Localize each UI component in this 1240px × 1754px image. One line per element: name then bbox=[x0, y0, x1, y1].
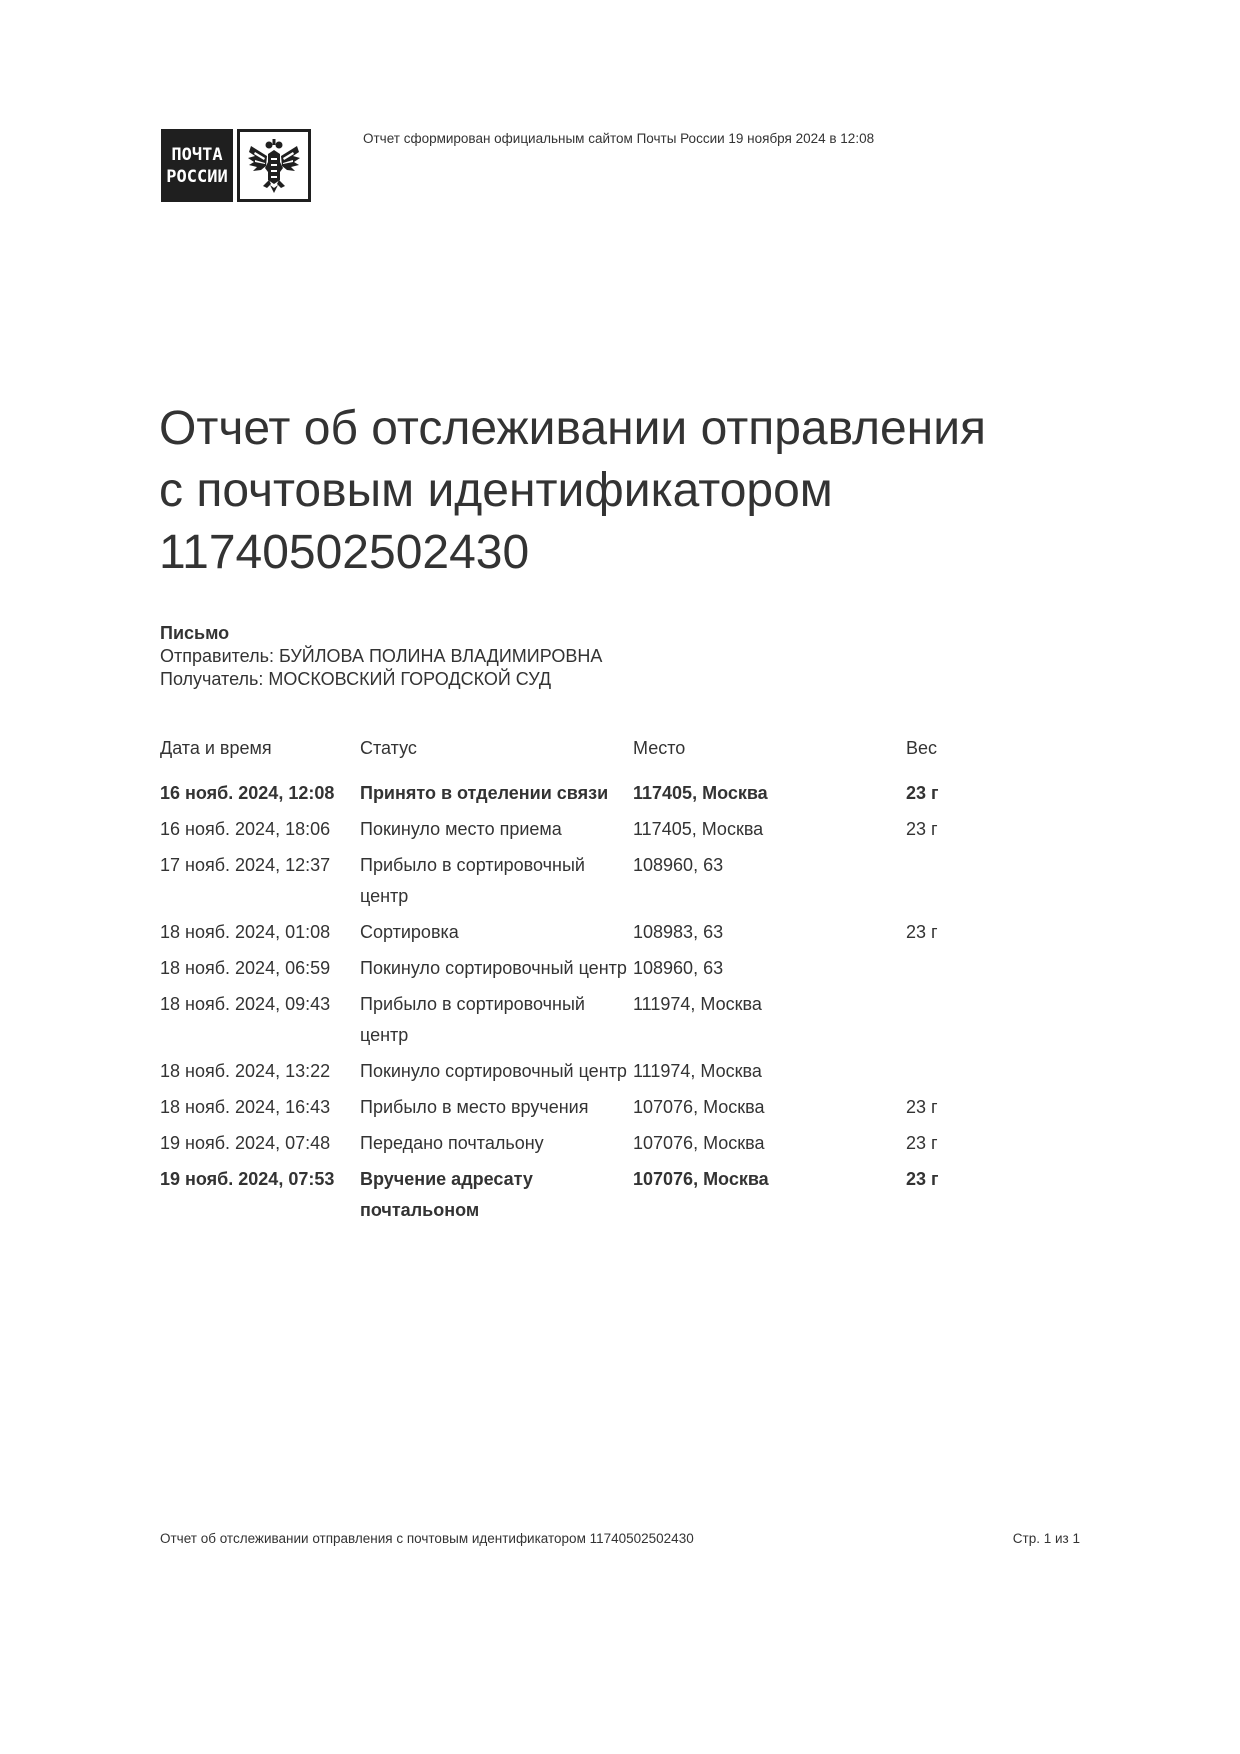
cell-status: Вручение адресату почтальоном bbox=[360, 1164, 633, 1231]
cell-weight bbox=[906, 953, 986, 989]
column-header-date: Дата и время bbox=[160, 733, 360, 778]
cell-place: 107076, Москва bbox=[633, 1164, 906, 1231]
cell-status: Принято в отделении связи bbox=[360, 778, 633, 814]
cell-date: 18 нояб. 2024, 16:43 bbox=[160, 1092, 360, 1128]
report-generated-note: Отчет сформирован официальным сайтом Поч… bbox=[363, 131, 874, 146]
cell-weight: 23 г bbox=[906, 1128, 986, 1164]
russian-post-logo: ПОЧТА РОССИИ bbox=[161, 129, 311, 202]
cell-date: 18 нояб. 2024, 13:22 bbox=[160, 1056, 360, 1092]
shipment-info: Письмо Отправитель: БУЙЛОВА ПОЛИНА ВЛАДИ… bbox=[160, 622, 602, 691]
logo-line-2: РОССИИ bbox=[166, 166, 227, 188]
logo-wordmark: ПОЧТА РОССИИ bbox=[161, 129, 233, 202]
column-header-place: Место bbox=[633, 733, 906, 778]
table-header-row: Дата и время Статус Место Вес bbox=[160, 733, 986, 778]
table-body: 16 нояб. 2024, 12:08Принято в отделении … bbox=[160, 778, 986, 1231]
logo-line-1: ПОЧТА bbox=[171, 144, 222, 166]
cell-status: Передано почтальону bbox=[360, 1128, 633, 1164]
cell-weight: 23 г bbox=[906, 917, 986, 953]
cell-status: Прибыло в сортировочный центр bbox=[360, 850, 633, 917]
cell-weight: 23 г bbox=[906, 1092, 986, 1128]
cell-date: 18 нояб. 2024, 06:59 bbox=[160, 953, 360, 989]
table-row: 18 нояб. 2024, 09:43Прибыло в сортировоч… bbox=[160, 989, 986, 1056]
cell-weight bbox=[906, 850, 986, 917]
table-row: 17 нояб. 2024, 12:37Прибыло в сортировоч… bbox=[160, 850, 986, 917]
cell-place: 111974, Москва bbox=[633, 989, 906, 1056]
tracking-events-table: Дата и время Статус Место Вес 16 нояб. 2… bbox=[160, 733, 986, 1231]
table-row: 19 нояб. 2024, 07:53Вручение адресату по… bbox=[160, 1164, 986, 1231]
tracking-number: 11740502502430 bbox=[159, 522, 1059, 584]
cell-status: Сортировка bbox=[360, 917, 633, 953]
table-row: 18 нояб. 2024, 06:59Покинуло сортировочн… bbox=[160, 953, 986, 989]
cell-status: Прибыло в сортировочный центр bbox=[360, 989, 633, 1056]
cell-status: Покинуло место приема bbox=[360, 814, 633, 850]
cell-place: 107076, Москва bbox=[633, 1128, 906, 1164]
cell-status: Покинуло сортировочный центр bbox=[360, 953, 633, 989]
table-row: 18 нояб. 2024, 01:08Сортировка108983, 63… bbox=[160, 917, 986, 953]
cell-date: 19 нояб. 2024, 07:48 bbox=[160, 1128, 360, 1164]
page-title: Отчет об отслеживании отправления с почт… bbox=[159, 398, 1059, 584]
cell-place: 111974, Москва bbox=[633, 1056, 906, 1092]
footer-page-number: Стр. 1 из 1 bbox=[1013, 1531, 1080, 1546]
table-row: 16 нояб. 2024, 12:08Принято в отделении … bbox=[160, 778, 986, 814]
title-line-2: с почтовым идентификатором bbox=[159, 460, 1059, 522]
cell-place: 117405, Москва bbox=[633, 778, 906, 814]
cell-weight bbox=[906, 989, 986, 1056]
cell-date: 16 нояб. 2024, 18:06 bbox=[160, 814, 360, 850]
cell-date: 18 нояб. 2024, 01:08 bbox=[160, 917, 360, 953]
cell-place: 108983, 63 bbox=[633, 917, 906, 953]
column-header-weight: Вес bbox=[906, 733, 986, 778]
table-row: 19 нояб. 2024, 07:48Передано почтальону1… bbox=[160, 1128, 986, 1164]
cell-weight: 23 г bbox=[906, 778, 986, 814]
cell-place: 108960, 63 bbox=[633, 953, 906, 989]
title-line-1: Отчет об отслеживании отправления bbox=[159, 398, 1059, 460]
cell-date: 19 нояб. 2024, 07:53 bbox=[160, 1164, 360, 1231]
cell-status: Прибыло в место вручения bbox=[360, 1092, 633, 1128]
table-row: 18 нояб. 2024, 16:43Прибыло в место вруч… bbox=[160, 1092, 986, 1128]
cell-weight: 23 г bbox=[906, 814, 986, 850]
cell-place: 108960, 63 bbox=[633, 850, 906, 917]
table-row: 16 нояб. 2024, 18:06Покинуло место прием… bbox=[160, 814, 986, 850]
cell-weight bbox=[906, 1056, 986, 1092]
cell-weight: 23 г bbox=[906, 1164, 986, 1231]
recipient: Получатель: МОСКОВСКИЙ ГОРОДСКОЙ СУД bbox=[160, 668, 602, 691]
table-row: 18 нояб. 2024, 13:22Покинуло сортировочн… bbox=[160, 1056, 986, 1092]
cell-place: 117405, Москва bbox=[633, 814, 906, 850]
sender: Отправитель: БУЙЛОВА ПОЛИНА ВЛАДИМИРОВНА bbox=[160, 645, 602, 668]
footer-document-title: Отчет об отслеживании отправления с почт… bbox=[160, 1531, 694, 1546]
cell-date: 18 нояб. 2024, 09:43 bbox=[160, 989, 360, 1056]
eagle-emblem-icon bbox=[237, 129, 311, 202]
cell-date: 17 нояб. 2024, 12:37 bbox=[160, 850, 360, 917]
cell-date: 16 нояб. 2024, 12:08 bbox=[160, 778, 360, 814]
cell-status: Покинуло сортировочный центр bbox=[360, 1056, 633, 1092]
shipment-kind: Письмо bbox=[160, 622, 602, 645]
column-header-status: Статус bbox=[360, 733, 633, 778]
cell-place: 107076, Москва bbox=[633, 1092, 906, 1128]
